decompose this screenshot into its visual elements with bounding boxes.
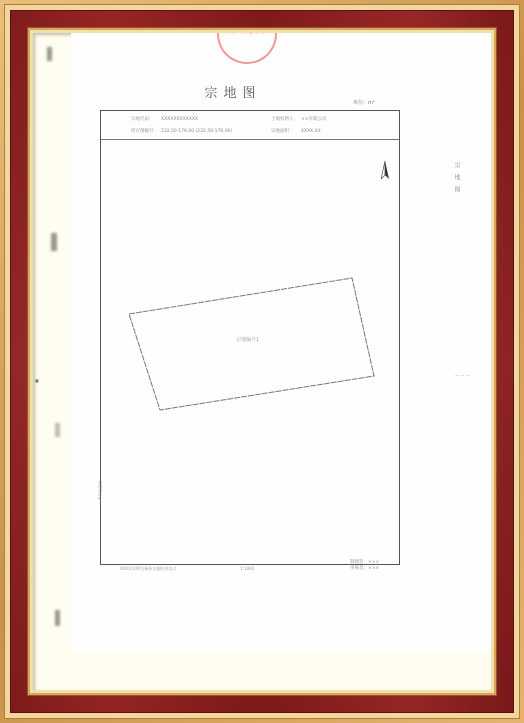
map-scale: 1:1000	[240, 566, 254, 571]
frame-mat: ■ 不动产登记专用章 宗地图 单位：m² 宗地代码： XXXXXXXXXXXX …	[33, 33, 491, 690]
signatures: 制图者：××× 审核者：×××	[350, 560, 379, 572]
side-title: 宗地图	[452, 162, 461, 198]
scan-mark	[55, 423, 60, 437]
scan-mark	[55, 610, 60, 626]
reviewer: 审核者：×××	[350, 566, 379, 572]
scan-mark	[51, 233, 57, 251]
scan-mark	[47, 47, 52, 61]
scan-mark: ■	[35, 378, 39, 383]
parcel-label: 宗地编号1	[236, 336, 259, 343]
survey-note: XXXX年XX月解析法测绘界址点	[120, 566, 176, 572]
seal-text: 不动产登记专用章	[223, 33, 271, 35]
side-coordinate: X坐标标注	[97, 481, 103, 500]
unit-note: 单位：m²	[353, 99, 375, 106]
side-marks: — — —	[455, 373, 470, 378]
parcel-map-frame: 宗地代码： XXXXXXXXXXXX 土地权利人： ××有限公司 所在图幅号： …	[100, 110, 400, 565]
